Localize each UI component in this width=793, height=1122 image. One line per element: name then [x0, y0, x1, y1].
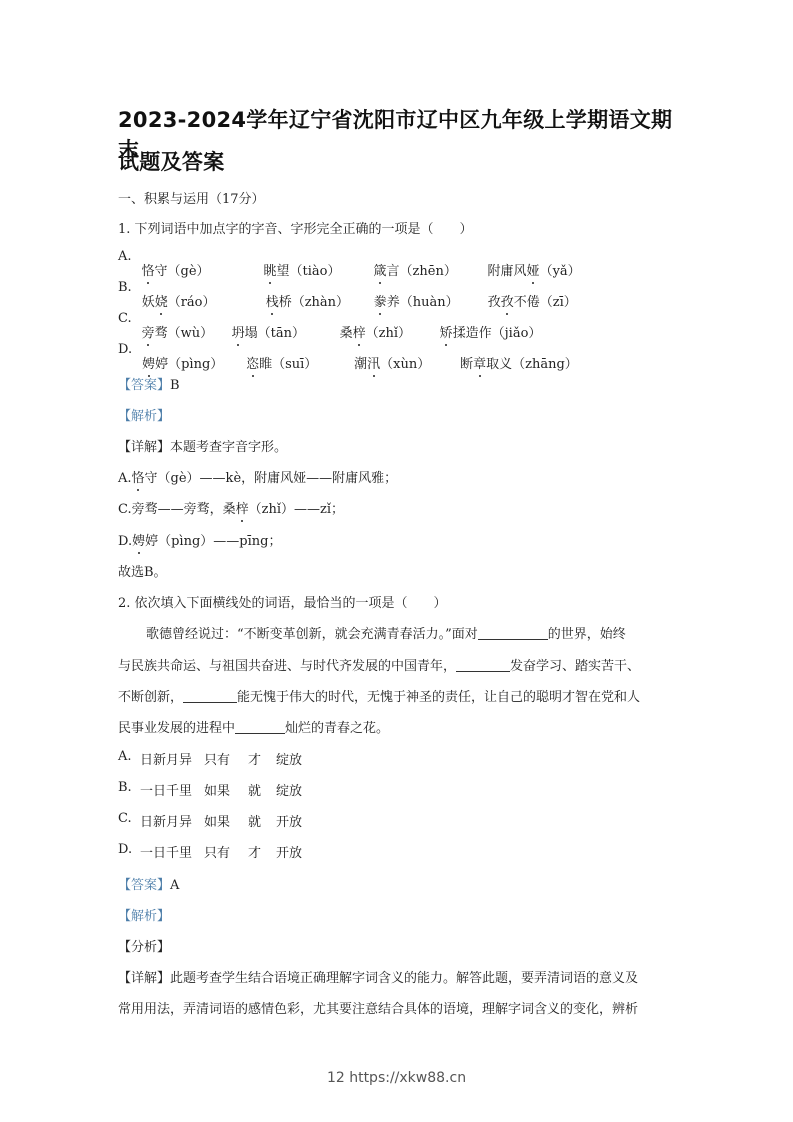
passage-line: 不断创新，能无愧于伟大的时代，无愧于神圣的责任，让自己的聪明才智在党和人 — [118, 686, 640, 705]
q1-analysis-label: 【解析】 — [118, 405, 170, 424]
word-post: 取义（zhāng） — [486, 357, 578, 372]
dotted-char: 章 — [473, 353, 486, 372]
dotted-char: 梓 — [236, 498, 249, 517]
option-word: 娉婷（pìng） — [142, 353, 223, 372]
passage-line: 歌德曾经说过：“不断变革创新，就会充满青春活力。”面对的世界，始终 — [146, 623, 626, 642]
word-pre: 桑 — [340, 326, 353, 341]
dotted-char: 坍 — [232, 322, 245, 341]
q1-option-c: C.旁骛（wù）坍塌（tān）桑梓（zhǐ）矫揉造作（jiǎo） — [118, 311, 612, 326]
dotted-char: 豢 — [374, 291, 387, 310]
analysis-label: 【解析】 — [118, 409, 170, 424]
option-word: 一日千里 — [140, 842, 192, 861]
q2-option-c: C.日新月异如果就开放 — [118, 811, 418, 826]
word-pre: 潮 — [354, 357, 367, 372]
q2-option-d: D.一日千里只有才开放 — [118, 842, 418, 857]
option-word: 豢养（huàn） — [374, 291, 459, 310]
option-word: 断章取义（zhāng） — [460, 353, 578, 372]
dotted-char: 娅 — [527, 260, 540, 279]
expl-pre: D. — [118, 534, 132, 549]
option-word: 恪守（gè） — [142, 260, 210, 279]
q1-explanation-line: C.旁骛——旁骛，桑梓（zhǐ）——zǐ； — [118, 498, 344, 517]
word-post: （xùn） — [380, 357, 430, 372]
passage-tail: 灿烂的青春之花。 — [285, 721, 389, 736]
option-word: 潮汛（xùn） — [354, 353, 430, 372]
answer-value: A — [170, 878, 179, 893]
expl-pre: A. — [118, 471, 132, 486]
expl-post: 婷（pìng）——pīng； — [145, 534, 281, 549]
dotted-char: 恣 — [246, 353, 259, 372]
option-word: 妖娆（ráo） — [142, 291, 216, 310]
option-word: 就 — [248, 811, 261, 830]
section-heading: 一、积累与运用（17分） — [118, 188, 265, 207]
option-word: 就 — [248, 780, 261, 799]
q2-fenxi-label: 【分析】 — [118, 936, 170, 955]
option-label: D. — [118, 842, 132, 857]
q2-stem: 2. 依次填入下面横线处的词语，最恰当的一项是（ ） — [118, 592, 447, 611]
dotted-char: 矫 — [440, 322, 453, 341]
q1-explanation-line: A.恪守（gè）——kè，附庸风娅——附庸风雅； — [118, 467, 397, 486]
detail-text: 本题考查字音字形。 — [170, 440, 287, 455]
option-word: 桑梓（zhǐ） — [340, 322, 411, 341]
word-post: 桥（zhàn） — [279, 295, 349, 310]
page-footer: 12 https://xkw88.cn — [0, 1070, 793, 1086]
option-label: A. — [118, 749, 132, 764]
option-word: 绽放 — [276, 749, 302, 768]
option-label: C. — [118, 811, 132, 826]
q1-detail: 【详解】本题考查字音字形。 — [118, 436, 287, 455]
document-page: 2023-2024学年辽宁省沈阳市辽中区九年级上学期语文期末 试题及答案 一、积… — [0, 0, 793, 1122]
detail-text: 此题考查学生结合语境正确理解字词含义的能力。解答此题，要弄清词语的意义及 — [170, 971, 638, 986]
q2-detail-line-1: 【详解】此题考查学生结合语境正确理解字词含义的能力。解答此题，要弄清词语的意义及 — [118, 967, 638, 986]
q2-option-a: A.日新月异只有才绽放 — [118, 749, 418, 764]
answer-label: 【答案】 — [118, 878, 170, 893]
expl-post: 守（gè）——kè，附庸风娅——附庸风雅； — [145, 471, 398, 486]
passage-tail: 能无愧于伟大的时代，无愧于神圣的责任，让自己的聪明才智在党和人 — [237, 690, 640, 705]
option-label: D. — [118, 342, 132, 357]
passage-tail: 发奋学习、踏实苦干、 — [510, 659, 640, 674]
passage-text: 不断创新， — [118, 690, 183, 705]
q2-option-b: B.一日千里如果就绽放 — [118, 780, 418, 795]
q1-explanation-line: D.娉婷（pìng）——pīng； — [118, 530, 281, 549]
expl-post: （zhǐ）——zǐ； — [249, 502, 344, 517]
option-word: 栈桥（zhàn） — [266, 291, 349, 310]
option-label: C. — [118, 311, 132, 326]
option-word: 眺望（tiào） — [264, 260, 341, 279]
answer-label: 【答案】 — [118, 378, 170, 393]
word-post: （ráo） — [168, 295, 216, 310]
option-word: 开放 — [276, 811, 302, 830]
dotted-char: 汛 — [367, 353, 380, 372]
dotted-char: 箴 — [374, 260, 387, 279]
fill-in-blank — [456, 658, 510, 672]
dotted-char: 恪 — [142, 260, 155, 279]
q1-option-a: A.恪守（gè）眺望（tiào）箴言（zhēn）附庸风娅（yǎ） — [118, 249, 612, 264]
word-pre: 孜 — [488, 295, 501, 310]
fill-in-blank — [183, 689, 237, 703]
word-post: 塌（tān） — [245, 326, 305, 341]
q1-conclusion: 故选B。 — [118, 561, 167, 580]
word-post: 不倦（zī） — [514, 295, 577, 310]
passage-text: 民事业发展的进程中 — [118, 721, 235, 736]
option-label: B. — [118, 780, 132, 795]
option-word: 绽放 — [276, 780, 302, 799]
option-word: 孜孜不倦（zī） — [488, 291, 577, 310]
option-word: 附庸风娅（yǎ） — [488, 260, 581, 279]
option-word: 旁骛（wù） — [142, 322, 214, 341]
q2-answer: 【答案】A — [118, 874, 179, 893]
dotted-char: 娆 — [155, 291, 168, 310]
word-post: 守（gè） — [155, 264, 210, 279]
word-post: 养（huàn） — [387, 295, 459, 310]
option-word: 才 — [248, 749, 261, 768]
q1-answer: 【答案】B — [118, 374, 180, 393]
passage-text: 与民族共命运、与祖国共奋进、与时代齐发展的中国青年， — [118, 659, 456, 674]
dotted-char: 眺 — [264, 260, 277, 279]
word-pre: 断 — [460, 357, 473, 372]
word-post: 睢（suī） — [259, 357, 317, 372]
option-label: B. — [118, 280, 132, 295]
dotted-char: 梓 — [353, 322, 366, 341]
option-word: 箴言（zhēn） — [374, 260, 457, 279]
fill-in-blank — [478, 626, 548, 640]
q2-analysis-label: 【解析】 — [118, 905, 170, 924]
word-post: 望（tiào） — [277, 264, 341, 279]
analysis-label: 【解析】 — [118, 909, 170, 924]
word-post: 言（zhēn） — [387, 264, 457, 279]
q1-option-d: D.娉婷（pìng）恣睢（suī）潮汛（xùn）断章取义（zhāng） — [118, 342, 612, 357]
expl-pre: C.旁骛——旁骛，桑 — [118, 502, 236, 517]
passage-tail: 的世界，始终 — [548, 627, 626, 642]
q1-stem: 1. 下列词语中加点字的字音、字形完全正确的一项是（ ） — [118, 218, 473, 237]
dotted-char: 孜 — [501, 291, 514, 310]
option-word: 日新月异 — [140, 749, 192, 768]
option-word: 日新月异 — [140, 811, 192, 830]
dotted-char: 娉 — [142, 353, 155, 372]
option-label: A. — [118, 249, 132, 264]
dotted-char: 栈 — [266, 291, 279, 310]
detail-label: 【详解】 — [118, 971, 170, 986]
word-post: 婷（pìng） — [155, 357, 223, 372]
option-word: 如果 — [204, 780, 230, 799]
option-word: 矫揉造作（jiǎo） — [440, 322, 542, 341]
document-title-line2: 试题及答案 — [118, 146, 688, 176]
passage-line: 民事业发展的进程中灿烂的青春之花。 — [118, 717, 389, 736]
q2-detail-line-2: 常用用法，弄清词语的感情色彩，尤其要注意结合具体的语境，理解字词含义的变化，辨析 — [118, 998, 638, 1017]
option-word: 恣睢（suī） — [246, 353, 317, 372]
dotted-char: 旁 — [142, 322, 155, 341]
option-word: 如果 — [204, 811, 230, 830]
word-post: 骛（wù） — [155, 326, 214, 341]
passage-line: 与民族共命运、与祖国共奋进、与时代齐发展的中国青年，发奋学习、踏实苦干、 — [118, 655, 640, 674]
option-word: 一日千里 — [140, 780, 192, 799]
option-word: 坍塌（tān） — [232, 322, 305, 341]
passage-text: 歌德曾经说过：“不断变革创新，就会充满青春活力。”面对 — [146, 627, 478, 642]
q1-option-b: B.妖娆（ráo）栈桥（zhàn）豢养（huàn）孜孜不倦（zī） — [118, 280, 612, 295]
detail-label: 【详解】 — [118, 440, 170, 455]
dotted-char: 恪 — [132, 467, 145, 486]
option-word: 才 — [248, 842, 261, 861]
word-post: （zhǐ） — [366, 326, 411, 341]
option-word: 只有 — [204, 749, 230, 768]
fill-in-blank — [235, 720, 285, 734]
word-pre: 附庸风 — [488, 264, 527, 279]
option-word: 开放 — [276, 842, 302, 861]
answer-value: B — [170, 378, 180, 393]
word-pre: 妖 — [142, 295, 155, 310]
word-post: 揉造作（jiǎo） — [453, 326, 542, 341]
option-word: 只有 — [204, 842, 230, 861]
dotted-char: 娉 — [132, 530, 145, 549]
word-post: （yǎ） — [540, 264, 581, 279]
